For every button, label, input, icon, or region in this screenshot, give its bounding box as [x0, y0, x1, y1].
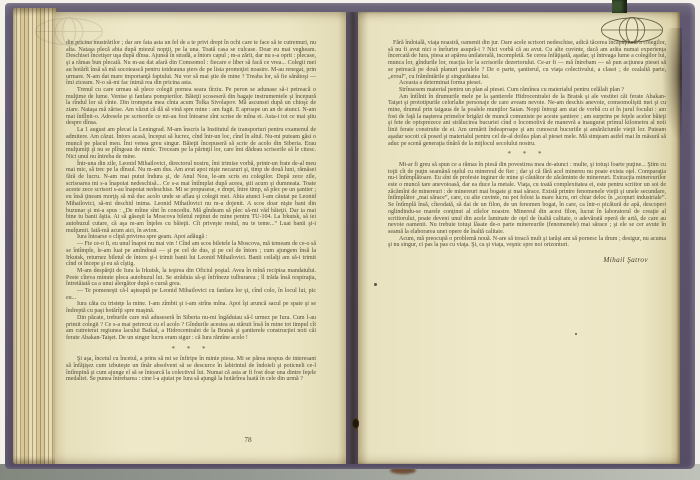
page-edges-stack — [13, 8, 57, 464]
right-page-text: Fără îndoială, viaţa noastră, oamenii di… — [388, 40, 666, 264]
paragraph: Şi aşa, încetul cu încetul, a prins să m… — [66, 356, 316, 383]
paragraph: Iura căta cu tristeţe la mine. I-am zîmb… — [66, 301, 316, 314]
paragraph: La 1 august am plecat la Leningrad. M-am… — [66, 127, 316, 161]
paragraph: Din păcate, treburile care mă aduseseră … — [66, 315, 316, 342]
left-page-text: din pricina mustrărilor ; dar are fata a… — [66, 40, 316, 383]
right-page: Fără îndoială, viaţa noastră, oamenii di… — [358, 12, 680, 464]
paragraph: Strînsesem material pentru un plan al pi… — [388, 87, 666, 94]
paragraph: Mi-ar fi greu să spun ce a rămas în pies… — [388, 162, 666, 236]
paragraph: Aceasta a determinat forma piesei. — [388, 80, 666, 87]
bookmark-ribbon — [612, 0, 627, 13]
paragraph: Într-una din zile, Leonid Mihailovici, d… — [66, 161, 316, 235]
paragraph: — Te pomeneşti că-l aşteaptă pe Leonid M… — [66, 288, 316, 301]
page-number: 78 — [233, 436, 263, 444]
left-page: din pricina mustrărilor ; dar are fata a… — [55, 12, 346, 464]
paragraph: Am întîlnit în drumurile mele pe la şant… — [388, 94, 666, 148]
section-separator: * * * — [66, 346, 316, 353]
globe-showthrough-icon — [34, 15, 104, 48]
author-signature: Mihail Şatrov — [388, 257, 666, 264]
paragraph: Fără îndoială, viaţa noastră, oamenii di… — [388, 40, 666, 80]
paragraph: Acum, mă preocupă o problemă nouă. N-are… — [388, 236, 666, 249]
paragraph: Trenul cu care urmau să plece colegii po… — [66, 87, 316, 127]
paragraph: M-am despărţit de Iura la Irkutsk, la ie… — [66, 268, 316, 288]
ink-speck — [575, 333, 577, 335]
book-scan: din pricina mustrărilor ; dar are fata a… — [0, 0, 700, 480]
paragraph: — Fie ce-o fi, eu unul înapoi nu mai vin… — [66, 241, 316, 268]
ink-speck — [374, 283, 377, 286]
section-separator: * * * — [388, 151, 666, 158]
